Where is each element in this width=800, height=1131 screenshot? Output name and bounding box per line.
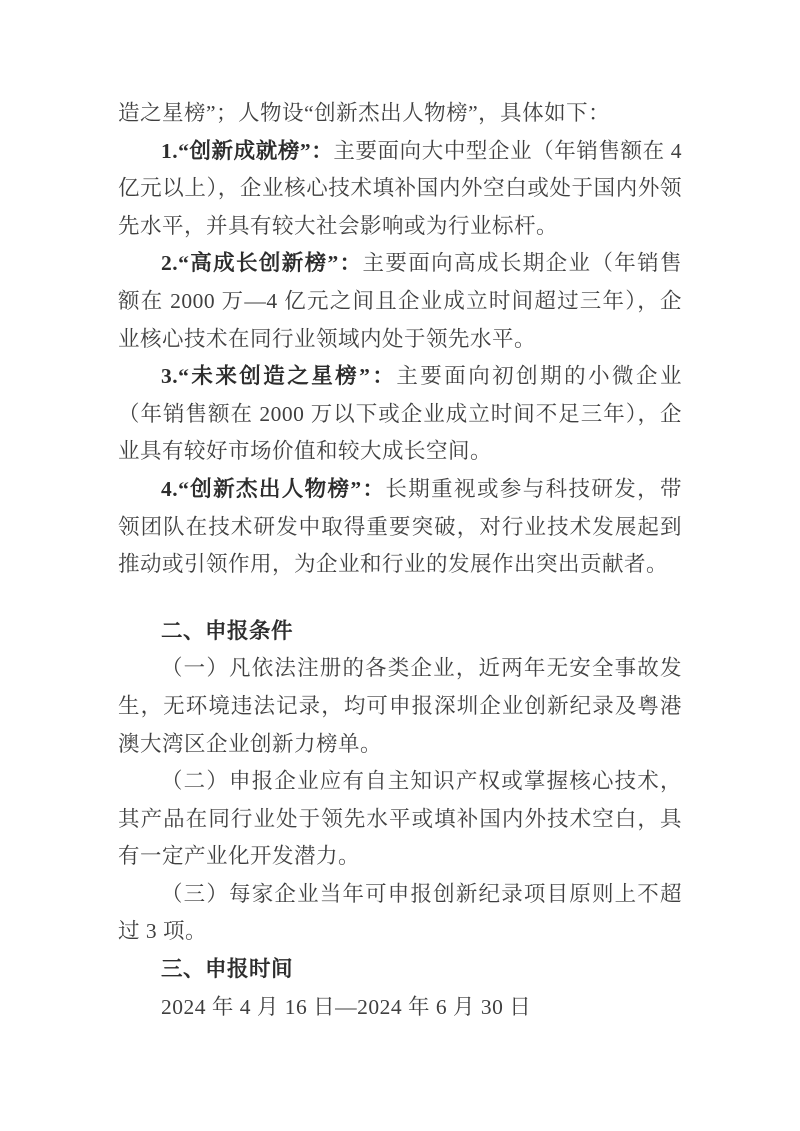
document-body: 造之星榜”；人物设“创新杰出人物榜”，具体如下：1.“创新成就榜”：主要面向大中… (0, 0, 800, 1026)
condition-2: （二）申报企业应有自主知识产权或掌握核心技术，其产品在同行业处于领先水平或填补国… (118, 763, 682, 876)
list-item-1: 1.“创新成就榜”：主要面向大中型企业（年销售额在 4 亿元以上），企业核心技术… (118, 133, 682, 246)
list-item-3: 3.“未来创造之星榜”：主要面向初创期的小微企业（年销售额在 2000 万以下或… (118, 358, 682, 471)
list-item-4: 4.“创新杰出人物榜”：长期重视或参与科技研发，带领团队在技术研发中取得重要突破… (118, 471, 682, 584)
section-heading-time: 三、申报时间 (118, 951, 682, 989)
item-title: 1.“创新成就榜”： (161, 139, 333, 163)
condition-1: （一）凡依法注册的各类企业，近两年无安全事故发生，无环境违法记录，均可申报深圳企… (118, 650, 682, 763)
list-item-2: 2.“高成长创新榜”：主要面向高成长期企业（年销售额在 2000 万—4 亿元之… (118, 245, 682, 358)
application-period: 2024 年 4 月 16 日—2024 年 6 月 30 日 (118, 989, 682, 1027)
item-title: 4.“创新杰出人物榜”： (161, 477, 385, 501)
item-title: 3.“未来创造之星榜”： (161, 364, 396, 388)
condition-3: （三）每家企业当年可申报创新纪录项目原则上不超过 3 项。 (118, 876, 682, 951)
section-heading-conditions: 二、申报条件 (118, 613, 682, 651)
item-title: 2.“高成长创新榜”： (161, 251, 363, 275)
paragraph-continuation: 造之星榜”；人物设“创新杰出人物榜”，具体如下： (118, 95, 682, 133)
document-page: 造之星榜”；人物设“创新杰出人物榜”，具体如下：1.“创新成就榜”：主要面向大中… (0, 0, 800, 1131)
